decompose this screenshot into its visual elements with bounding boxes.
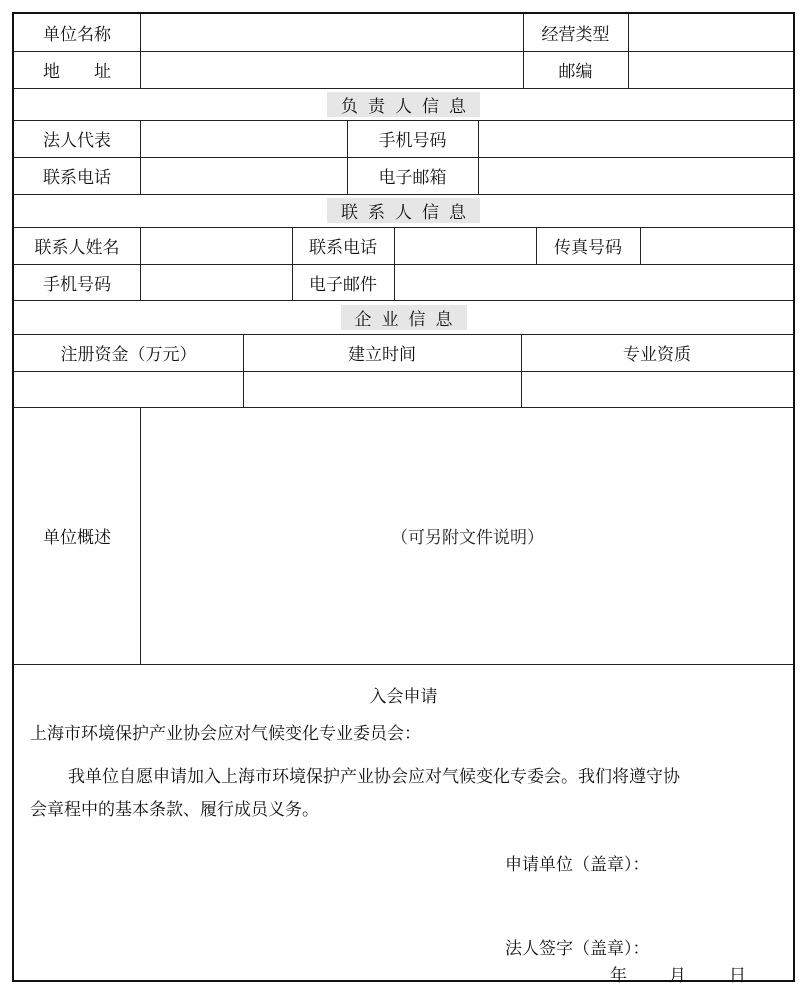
section-title: 负责人信息 [327, 92, 480, 117]
resp-mobile-label: 手机号码 [347, 120, 478, 157]
unit-name-input[interactable] [142, 14, 522, 51]
contact-name-input[interactable] [142, 227, 292, 264]
month-label: 月 [669, 961, 686, 986]
fax-field[interactable] [642, 227, 793, 264]
resp-phone-label: 联系电话 [14, 157, 140, 194]
qualification-field[interactable] [523, 371, 793, 407]
resp-email-input[interactable] [480, 157, 793, 194]
business-type-input[interactable] [630, 14, 795, 51]
registered-capital-header: 注册资金（万元） [14, 334, 243, 371]
unit-name-field[interactable] [142, 14, 522, 51]
founded-date-input[interactable] [245, 371, 521, 407]
divider [140, 14, 141, 88]
postcode-input[interactable] [630, 51, 795, 88]
section-title: 联系人信息 [327, 198, 480, 223]
unit-name-label: 单位名称 [14, 14, 140, 51]
contact-name-label: 联系人姓名 [14, 227, 140, 264]
contact-email-field[interactable] [396, 264, 793, 300]
responsible-section-header: 负责人信息 [14, 88, 793, 120]
enterprise-section-header: 企业信息 [14, 300, 793, 334]
business-type-label: 经营类型 [523, 14, 628, 51]
resp-mobile-field[interactable] [480, 120, 793, 157]
contact-phone-field[interactable] [396, 227, 536, 264]
divider [478, 120, 479, 194]
application-title: 入会申请 [14, 682, 793, 707]
overview-hint: （可另附文件说明） [391, 523, 544, 548]
founded-date-field[interactable] [245, 371, 521, 407]
overview-field[interactable]: （可另附文件说明） [142, 407, 793, 664]
resp-mobile-input[interactable] [480, 120, 793, 157]
divider [140, 120, 141, 194]
registered-capital-input[interactable] [14, 371, 243, 407]
application-addressee: 上海市环境保护产业协会应对气候变化专业委员会： [30, 719, 421, 744]
section-title: 企业信息 [341, 305, 467, 330]
contact-phone-label: 联系电话 [292, 227, 394, 264]
contact-name-field[interactable] [142, 227, 292, 264]
contact-mobile-input[interactable] [142, 264, 292, 300]
day-label: 日 [729, 961, 746, 986]
legal-signature-label: 法人签字（盖章）： [505, 934, 650, 959]
postcode-label: 邮编 [523, 51, 628, 88]
founded-date-header: 建立时间 [243, 334, 521, 371]
contact-section-header: 联系人信息 [14, 194, 793, 227]
legal-rep-label: 法人代表 [14, 120, 140, 157]
applicant-seal-label: 申请单位（盖章）： [505, 850, 650, 875]
divider [140, 407, 141, 664]
contact-mobile-field[interactable] [142, 264, 292, 300]
address-label: 地 址 [14, 51, 140, 88]
fax-label: 传真号码 [536, 227, 640, 264]
membership-form: 单位名称 经营类型 地 址 邮编 负责人信息 法人代表 手机号码 联系电话 电子… [12, 12, 795, 982]
divider [140, 227, 141, 300]
qualification-input[interactable] [523, 371, 793, 407]
contact-email-label: 电子邮件 [292, 264, 394, 300]
application-body-line2: 会章程中的基本条款、履行成员义务。 [30, 795, 319, 820]
address-input[interactable] [142, 51, 522, 88]
divider [14, 664, 793, 665]
address-field[interactable] [142, 51, 522, 88]
divider [640, 227, 641, 264]
legal-rep-input[interactable] [142, 120, 347, 157]
application-body-line1: 我单位自愿申请加入上海市环境保护产业协会应对气候变化专委会。我们将遵守协 [68, 762, 680, 787]
divider [394, 227, 395, 300]
overview-label: 单位概述 [14, 407, 140, 664]
legal-rep-field[interactable] [142, 120, 347, 157]
registered-capital-field[interactable] [14, 371, 243, 407]
contact-email-input[interactable] [396, 264, 793, 300]
resp-email-label: 电子邮箱 [347, 157, 478, 194]
qualification-header: 专业资质 [521, 334, 793, 371]
divider [628, 14, 629, 88]
year-label: 年 [610, 961, 627, 986]
resp-phone-field[interactable] [142, 157, 347, 194]
business-type-field[interactable] [630, 14, 795, 51]
resp-phone-input[interactable] [142, 157, 347, 194]
contact-phone-input[interactable] [396, 227, 536, 264]
fax-input[interactable] [642, 227, 793, 264]
postcode-field[interactable] [630, 51, 795, 88]
contact-mobile-label: 手机号码 [14, 264, 140, 300]
resp-email-field[interactable] [480, 157, 793, 194]
